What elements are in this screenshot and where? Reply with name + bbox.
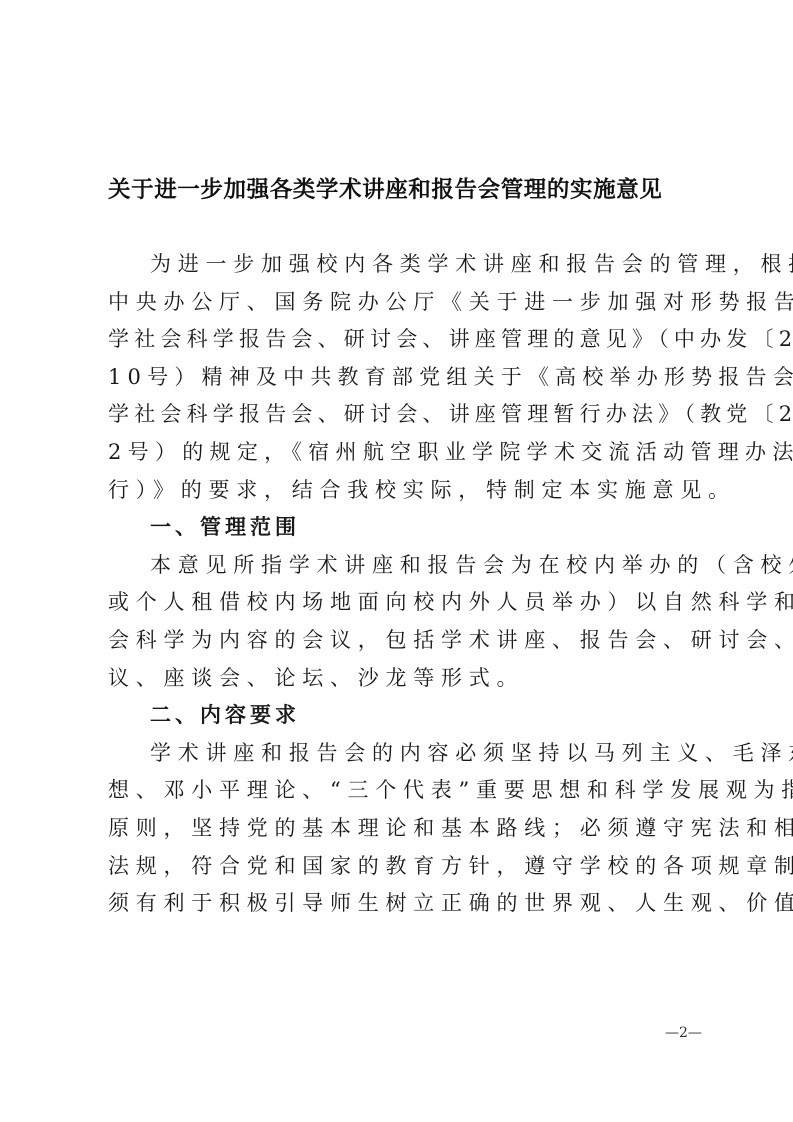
section-heading-content: 二、内容要求: [108, 697, 698, 735]
paragraph-line: 2号）的规定，《宿州航空职业学院学术交流活动管理办法（试: [108, 434, 698, 472]
paragraph-line: 行）》的要求，结合我校实际，特制定本实施意见。: [108, 472, 698, 510]
paragraph-line: 想、邓小平理论、“三个代表”重要思想和科学发展观为指导的: [108, 772, 698, 810]
page-number: —2—: [665, 1025, 702, 1041]
paragraph-line: 会科学为内容的会议，包括学术讲座、报告会、研讨会、学术会: [108, 622, 698, 660]
document-title: 关于进一步加强各类学术讲座和报告会管理的实施意见: [108, 172, 698, 204]
paragraph-line: 为进一步加强校内各类学术讲座和报告会的管理，根据中共: [108, 246, 698, 284]
paragraph-line: 中央办公厅、国务院办公厅《关于进一步加强对形势报告会和哲: [108, 284, 698, 322]
paragraph-line: 或个人租借校内场地面向校内外人员举办）以自然科学和哲学社: [108, 584, 698, 622]
paragraph-line: 学社会科学报告会、研讨会、讲座管理暂行办法》（教党〔2009〕: [108, 396, 698, 434]
paragraph-line: 10号）精神及中共教育部党组关于《高校举办形势报告会和哲: [108, 359, 698, 397]
section-heading-scope: 一、管理范围: [108, 509, 698, 547]
paragraph-line: 本意见所指学术讲座和报告会为在校内举办的（含校外机构: [108, 547, 698, 585]
paragraph-line: 议、座谈会、论坛、沙龙等形式。: [108, 660, 698, 698]
document-body: 为进一步加强校内各类学术讲座和报告会的管理，根据中共 中央办公厅、国务院办公厅《…: [108, 246, 698, 923]
paragraph-line: 须有利于积极引导师生树立正确的世界观、人生观、价值观，有: [108, 885, 698, 923]
paragraph-line: 原则，坚持党的基本理论和基本路线；必须遵守宪法和相关法律: [108, 810, 698, 848]
paragraph-line: 学社会科学报告会、研讨会、讲座管理的意见》（中办发〔2008〕: [108, 321, 698, 359]
paragraph-line: 学术讲座和报告会的内容必须坚持以马列主义、毛泽东思: [108, 735, 698, 773]
paragraph-line: 法规，符合党和国家的教育方针，遵守学校的各项规章制度；必: [108, 848, 698, 886]
